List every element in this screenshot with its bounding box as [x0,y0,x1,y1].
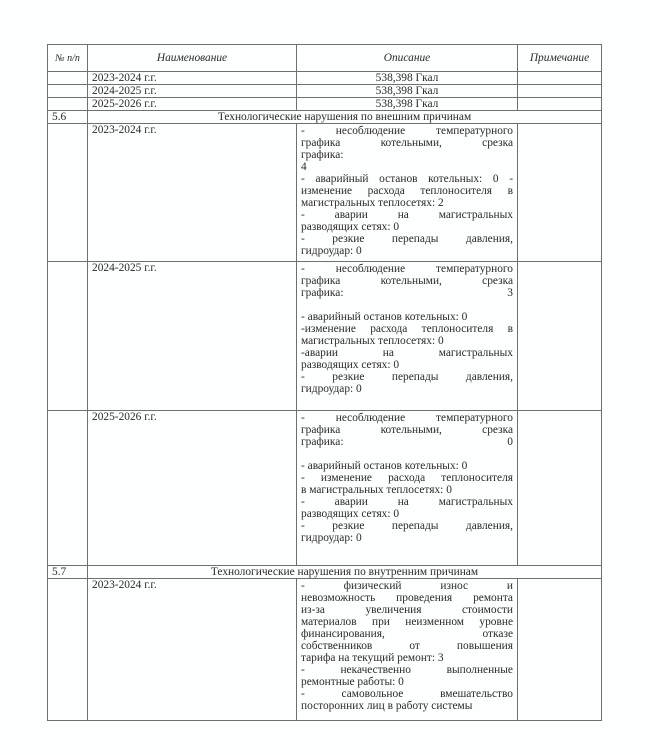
description-line: тарифа на текущий ремонт: 3 [301,652,513,664]
description-line: невозможность проведения ремонта [301,592,513,604]
description-line: посторонних лиц в работу системы [301,700,513,712]
description-line: изменение расхода теплоносителя в [301,185,513,197]
row-description: - несоблюдение температурногографика кот… [297,411,518,566]
description-line: - самовольное вмешательство [301,688,513,700]
row-description: 538,398 Гкал [297,72,518,85]
description-line: - физический износ и [301,580,513,592]
description-line: графика: 0 [301,436,513,448]
description-line: гидроудар: 0 [301,245,513,257]
description-line: гидроудар: 0 [301,383,513,395]
section-header-5-7: 5.7 Технологические нарушения по внутрен… [48,566,602,579]
description-line: гидроудар: 0 [301,532,513,544]
header-name: Наименование [88,45,297,72]
table-row: 2025-2026 г.г. 538,398 Гкал [48,98,602,111]
description-line: -аварии на магистральных [301,347,513,359]
table-row: 2024-2025 г.г. 538,398 Гкал [48,85,602,98]
table-row: 2023-2024 г.г. - несоблюдение температур… [48,124,602,262]
description-line [301,448,513,460]
description-line: ремонтные работы: 0 [301,676,513,688]
description-line: разводящих сетях: 0 [301,508,513,520]
description-line: разводящих сетях: 0 [301,359,513,371]
description-line: - несоблюдение температурного [301,125,513,137]
description-line: магистральных теплосетях: 2 [301,197,513,209]
description-line: финансирования, отказе [301,628,513,640]
description-line: - некачественно выполненные [301,664,513,676]
description-line: - аварийный останов котельных: 0 [301,311,513,323]
description-line: - резкие перепады давления, [301,233,513,245]
table-row: 2025-2026 г.г. - несоблюдение температур… [48,411,602,566]
description-line: в магистральных теплосетях: 0 [301,484,513,496]
section-header-5-6: 5.6 Технологические нарушения по внешним… [48,111,602,124]
description-line: 4 [301,161,513,173]
header-num: № п/п [48,45,88,72]
row-name: 2023-2024 г.г. [88,124,297,262]
description-line: графика котельными, срезка [301,137,513,149]
description-line: - аварии на магистральных [301,496,513,508]
table-row: 2023-2024 г.г. - физический износ иневоз… [48,579,602,721]
description-line: - резкие перепады давления, [301,371,513,383]
section-title: Технологические нарушения по внутренним … [88,566,602,579]
description-line: графика: [301,149,513,161]
description-line: магистральных теплосетях: 0 [301,335,513,347]
report-table: № п/п Наименование Описание Примечание 2… [47,44,602,721]
row-description: 538,398 Гкал [297,85,518,98]
row-name: 2024-2025 г.г. [88,85,297,98]
table-row: 2024-2025 г.г. - несоблюдение температур… [48,262,602,411]
section-num: 5.7 [48,566,88,579]
description-line: собственников от повышения [301,640,513,652]
row-name: 2024-2025 г.г. [88,262,297,411]
header-description: Описание [297,45,518,72]
description-line: из-за увеличения стоимости [301,604,513,616]
row-description: - физический износ иневозможность провед… [297,579,518,721]
description-line: - аварийный останов котельных: 0 - [301,173,513,185]
description-line: - несоблюдение температурного [301,412,513,424]
row-name: 2023-2024 г.г. [88,72,297,85]
description-line [301,299,513,311]
description-line: материалов при неизменном уровне [301,616,513,628]
section-title: Технологические нарушения по внешним при… [88,111,602,124]
description-line: - изменение расхода теплоносителя [301,472,513,484]
description-line: разводящих сетях: 0 [301,221,513,233]
description-line: - аварии на магистральных [301,209,513,221]
table-header: № п/п Наименование Описание Примечание [48,45,602,72]
document-page: № п/п Наименование Описание Примечание 2… [0,0,650,755]
row-description: 538,398 Гкал [297,98,518,111]
description-line: графика: 3 [301,287,513,299]
row-description: - несоблюдение температурногографика кот… [297,262,518,411]
description-line: графика котельными, срезка [301,275,513,287]
description-line: - аварийный останов котельных: 0 [301,460,513,472]
header-note: Примечание [518,45,602,72]
row-name: 2023-2024 г.г. [88,579,297,721]
table-row: 2023-2024 г.г. 538,398 Гкал [48,72,602,85]
row-name: 2025-2026 г.г. [88,98,297,111]
description-line: графика котельными, срезка [301,424,513,436]
description-line: - резкие перепады давления, [301,520,513,532]
description-line: - несоблюдение температурного [301,263,513,275]
row-description: - несоблюдение температурногографика кот… [297,124,518,262]
section-num: 5.6 [48,111,88,124]
description-line: -изменение расхода теплоносителя в [301,323,513,335]
row-name: 2025-2026 г.г. [88,411,297,566]
